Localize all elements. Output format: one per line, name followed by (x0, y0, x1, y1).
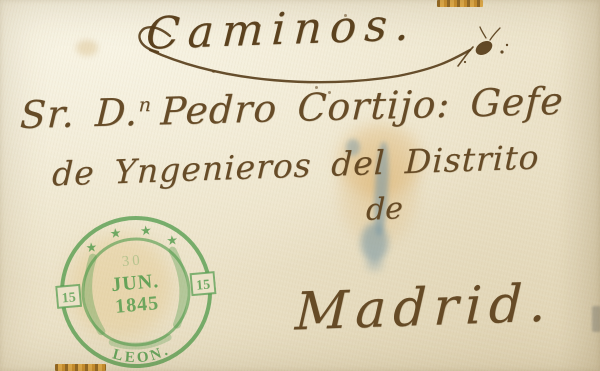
address-honorific: Sr. D. (19, 90, 139, 137)
address-line-2: de Yngenieros del Distrito (51, 137, 540, 193)
address-line-1: Sr. D.nPedro Cortijo: Gefe (19, 79, 565, 137)
postmark-stamp: ★ ★ ★ ★ 15 15 30 JUN. 1845 LEON. (49, 205, 222, 371)
address-line-3: de (366, 191, 404, 228)
blue-rate-mark-tail (366, 258, 383, 271)
blue-rate-mark-blob (361, 223, 388, 262)
ink-blot (464, 38, 508, 63)
star-icon: ★ (139, 223, 152, 239)
blot-hairline (458, 47, 473, 66)
destination-script: Madrid. (294, 273, 554, 342)
star-icon: ★ (109, 226, 122, 242)
postmark-ornament-left (85, 257, 101, 332)
star-icon: ★ (166, 233, 179, 249)
postmark-year: 1845 (114, 292, 160, 318)
postal-cover: Caminos. Sr. D.nPedro Cortijo: Gefe de Y… (0, 0, 600, 371)
address-name: Pedro Cortijo: Gefe (160, 79, 565, 134)
stain-spot (76, 40, 98, 56)
star-icon: ★ (85, 240, 98, 256)
paper-fragment-top (437, 0, 483, 7)
ink-speck (328, 91, 331, 94)
blot-strokes (480, 27, 500, 40)
ink-speck (258, 24, 261, 27)
edge-mark (592, 306, 600, 332)
ink-speck (344, 14, 347, 17)
postmark-ornament-right (171, 250, 187, 325)
heading-script: Caminos. (145, 0, 419, 60)
superscript-n: n (138, 94, 152, 116)
ink-speck (212, 70, 215, 73)
postmark-left-value: 15 (61, 290, 76, 306)
postmark-day: 30 (121, 252, 143, 270)
postmark-right-value: 15 (196, 278, 211, 294)
ink-speck (315, 86, 318, 89)
paper-fragment-bottom (55, 364, 106, 371)
